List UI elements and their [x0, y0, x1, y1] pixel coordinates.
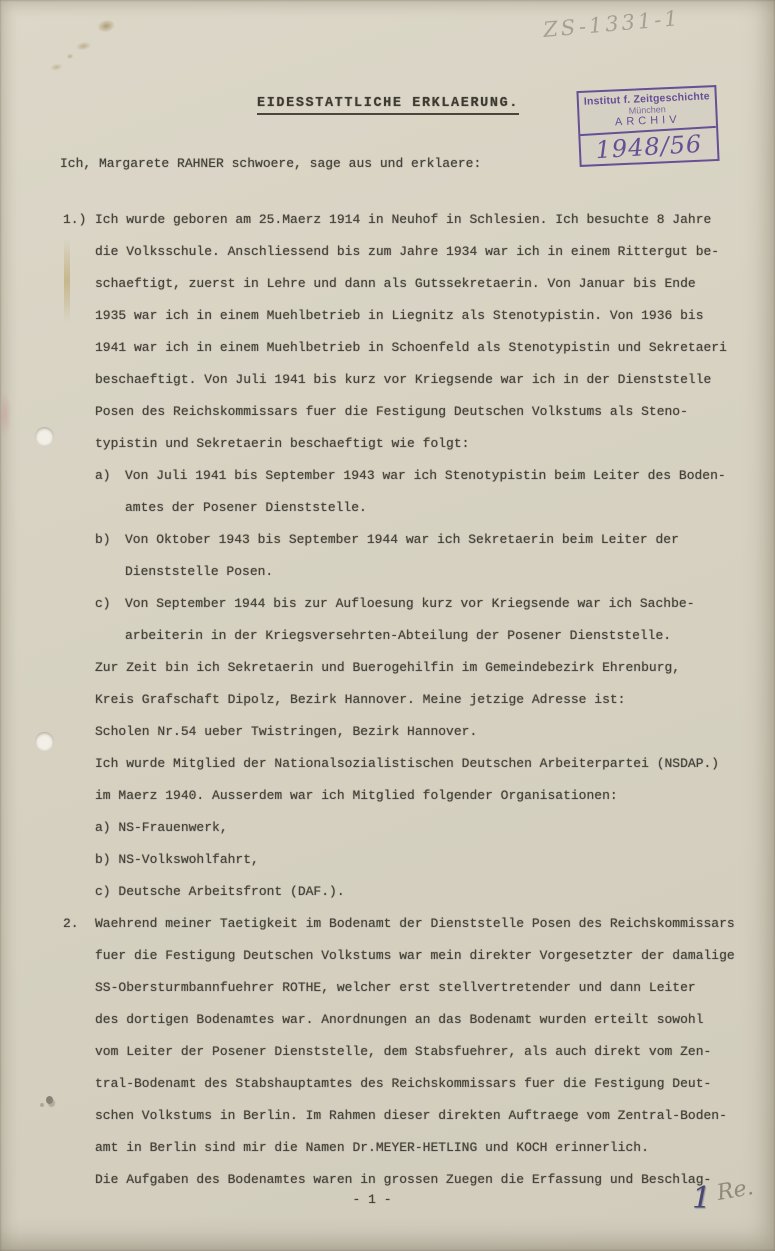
text-line: Waehrend meiner Taetigkeit im Bodenamt d…	[95, 908, 758, 940]
text-line: typistin und Sekretaerin beschaeftigt wi…	[95, 428, 758, 460]
paragraph-block: c)Von September 1944 bis zur Aufloesung …	[95, 588, 758, 652]
paper-speck	[40, 1103, 44, 1107]
paragraph-block: a)Von Juli 1941 bis September 1943 war i…	[95, 460, 758, 524]
text-line: Zur Zeit bin ich Sekretaerin und Bueroge…	[95, 652, 758, 684]
declaration-intro-line: Ich, Margarete RAHNER schwoere, sage aus…	[60, 156, 481, 171]
text-line: arbeiterin in der Kriegsversehrten-Abtei…	[125, 620, 758, 652]
document-page: ZS-1331-1 Institut f. Zeitgeschichte Mün…	[0, 0, 775, 1251]
handwritten-ink-numeral: 1	[692, 1181, 711, 1216]
text-line: amt in Berlin sind mir die Namen Dr.MEYE…	[95, 1132, 758, 1164]
text-line: schaeftigt, zuerst in Lehre und dann als…	[95, 268, 758, 300]
text-line: schen Volkstums in Berlin. Im Rahmen die…	[95, 1100, 758, 1132]
paragraph-marker: b)	[95, 524, 111, 556]
text-line: die Volksschule. Anschliessend bis zum J…	[95, 236, 758, 268]
text-line: Dienststelle Posen.	[125, 556, 758, 588]
handwritten-archive-reference: ZS-1331-1	[542, 6, 681, 42]
text-line: tral-Bodenamt des Stabshauptamtes des Re…	[95, 1068, 758, 1100]
text-line: Scholen Nr.54 ueber Twistringen, Bezirk …	[95, 716, 758, 748]
text-line: Posen des Reichskommissars fuer die Fest…	[95, 396, 758, 428]
text-line: a) NS-Frauenwerk,	[95, 812, 758, 844]
text-line: b) NS-Volkswohlfahrt,	[95, 844, 758, 876]
text-line: 1941 war ich in einem Muehlbetrieb in Sc…	[95, 332, 758, 364]
text-line: im Maerz 1940. Ausserdem war ich Mitglie…	[95, 780, 758, 812]
document-body: 1.)Ich wurde geboren am 25.Maerz 1914 in…	[63, 204, 758, 1196]
text-line: SS-Obersturmbannfuehrer ROTHE, welcher e…	[95, 972, 758, 1004]
paragraph-block: 2.Waehrend meiner Taetigkeit im Bodenamt…	[63, 908, 758, 1196]
stamp-handwritten-number: 1948/56	[580, 126, 718, 166]
page-number: - 1 -	[0, 1192, 744, 1207]
text-line: Von Oktober 1943 bis September 1944 war …	[125, 524, 758, 556]
text-line: des dortigen Bodenamtes war. Anordnungen…	[95, 1004, 758, 1036]
text-line: Von September 1944 bis zur Aufloesung ku…	[125, 588, 758, 620]
text-line: Kreis Grafschaft Dipolz, Bezirk Hannover…	[95, 684, 758, 716]
text-line: vom Leiter der Posener Dienststelle, dem…	[95, 1036, 758, 1068]
punch-hole	[35, 427, 54, 446]
paragraph-marker: c)	[95, 588, 111, 620]
document-title: EIDESSTATTLICHE ERKLAERUNG.	[257, 96, 519, 115]
text-line: c) Deutsche Arbeitsfront (DAF.).	[95, 876, 758, 908]
paragraph-block: Zur Zeit bin ich Sekretaerin und Bueroge…	[95, 652, 758, 908]
text-line: Ich wurde geboren am 25.Maerz 1914 in Ne…	[95, 204, 758, 236]
paragraph-marker: 1.)	[63, 204, 86, 236]
paper-stain	[24, 0, 145, 86]
text-line: beschaeftigt. Von Juli 1941 bis kurz vor…	[95, 364, 758, 396]
paragraph-marker: 2.	[63, 908, 79, 940]
handwritten-pencil-initials: Re.	[715, 1175, 755, 1206]
paragraph-marker: a)	[95, 460, 111, 492]
paragraph-block: b)Von Oktober 1943 bis September 1944 wa…	[95, 524, 758, 588]
paragraph-block: 1.)Ich wurde geboren am 25.Maerz 1914 in…	[63, 204, 758, 460]
paper-smudge	[0, 382, 14, 447]
text-line: amtes der Posener Dienststelle.	[125, 492, 758, 524]
text-line: fuer die Festigung Deutschen Volkstums w…	[95, 940, 758, 972]
ink-blot	[46, 1096, 53, 1104]
text-line: 1935 war ich in einem Muehlbetrieb in Li…	[95, 300, 758, 332]
text-line: Von Juli 1941 bis September 1943 war ich…	[125, 460, 758, 492]
punch-hole	[35, 732, 54, 751]
text-line: Ich wurde Mitglied der Nationalsozialist…	[95, 748, 758, 780]
